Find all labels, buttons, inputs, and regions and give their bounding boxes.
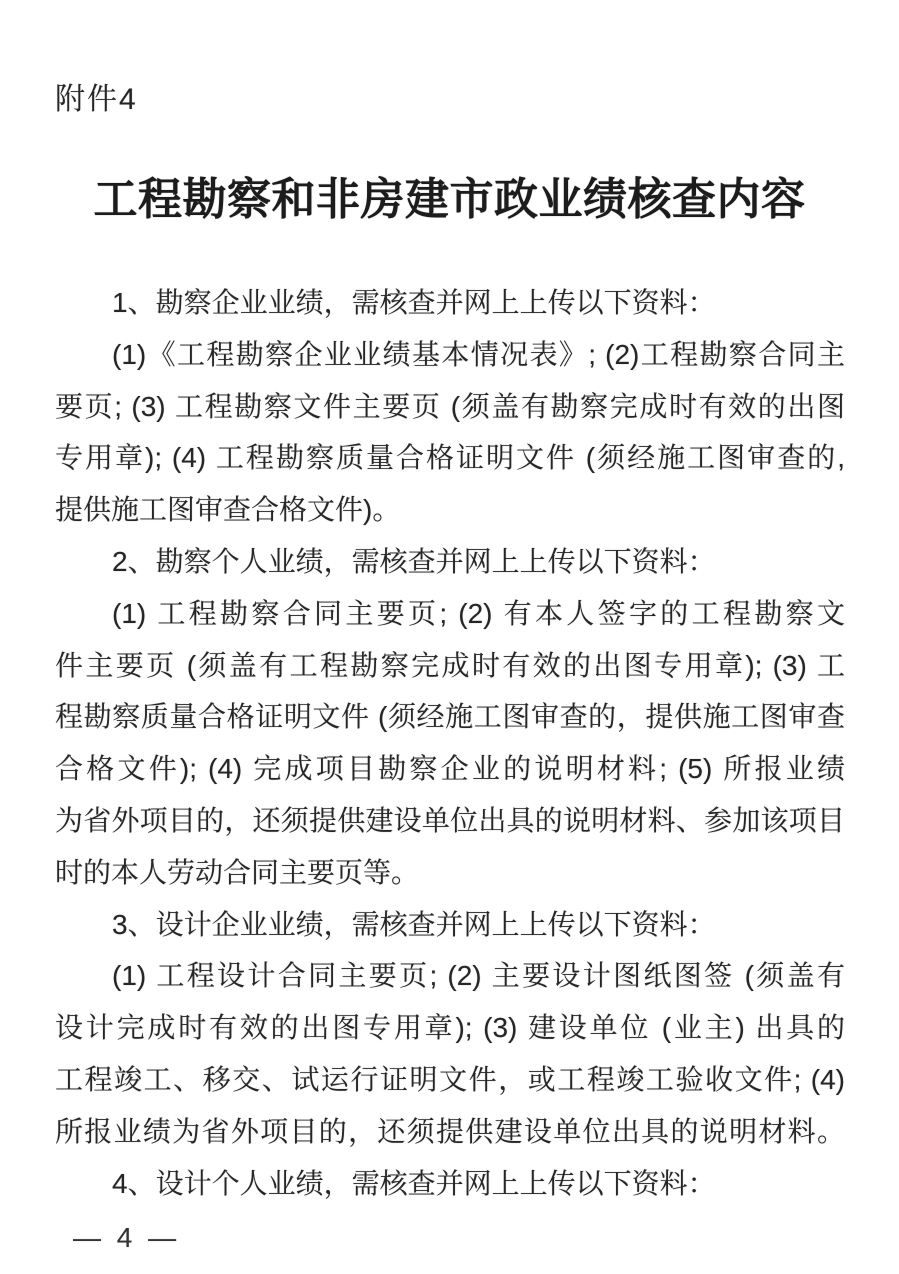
document-line: (1) 工程勘察合同主要页; (2) 有本人签字的工程勘察文 xyxy=(55,588,845,640)
document-line: 1、勘察企业业绩，需核查并网上上传以下资料： xyxy=(55,277,845,329)
attachment-label: 附件4 xyxy=(55,74,138,118)
document-line: 工程竣工、移交、试运行证明文件，或工程竣工验收文件; (4) xyxy=(55,1054,845,1106)
document-line: 设计完成时有效的出图专用章); (3) 建设单位 (业主) 出具的 xyxy=(55,1002,845,1054)
document-line: (1) 工程设计合同主要页; (2) 主要设计图纸图签 (须盖有 xyxy=(55,950,845,1002)
page-number: — 4 — xyxy=(73,1222,180,1254)
document-line: (1)《工程勘察企业业绩基本情况表》; (2)工程勘察合同主 xyxy=(55,329,845,381)
document-body: 1、勘察企业业绩，需核查并网上上传以下资料：(1)《工程勘察企业业绩基本情况表》… xyxy=(55,277,845,1209)
document-line: 4、设计个人业绩，需核查并网上上传以下资料： xyxy=(55,1158,845,1210)
document-line: 程勘察质量合格证明文件 (须经施工图审查的，提供施工图审查 xyxy=(55,691,845,743)
document-line: 2、勘察个人业绩，需核查并网上上传以下资料： xyxy=(55,536,845,588)
document-page: 附件4 工程勘察和非房建市政业绩核查内容 1、勘察企业业绩，需核查并网上上传以下… xyxy=(0,0,899,1274)
document-line: 专用章); (4) 工程勘察质量合格证明文件 (须经施工图审查的, xyxy=(55,432,845,484)
document-line: 提供施工图审查合格文件)。 xyxy=(55,484,845,536)
document-line: 所报业绩为省外项目的，还须提供建设单位出具的说明材料。 xyxy=(55,1106,845,1158)
document-line: 要页; (3) 工程勘察文件主要页 (须盖有勘察完成时有效的出图 xyxy=(55,381,845,433)
document-line: 件主要页 (须盖有工程勘察完成时有效的出图专用章); (3) 工 xyxy=(55,640,845,692)
document-title: 工程勘察和非房建市政业绩核查内容 xyxy=(0,163,899,227)
document-line: 合格文件); (4) 完成项目勘察企业的说明材料; (5) 所报业绩 xyxy=(55,743,845,795)
document-line: 3、设计企业业绩，需核查并网上上传以下资料： xyxy=(55,899,845,951)
document-line: 时的本人劳动合同主要页等。 xyxy=(55,847,845,899)
document-line: 为省外项目的，还须提供建设单位出具的说明材料、参加该项目 xyxy=(55,795,845,847)
